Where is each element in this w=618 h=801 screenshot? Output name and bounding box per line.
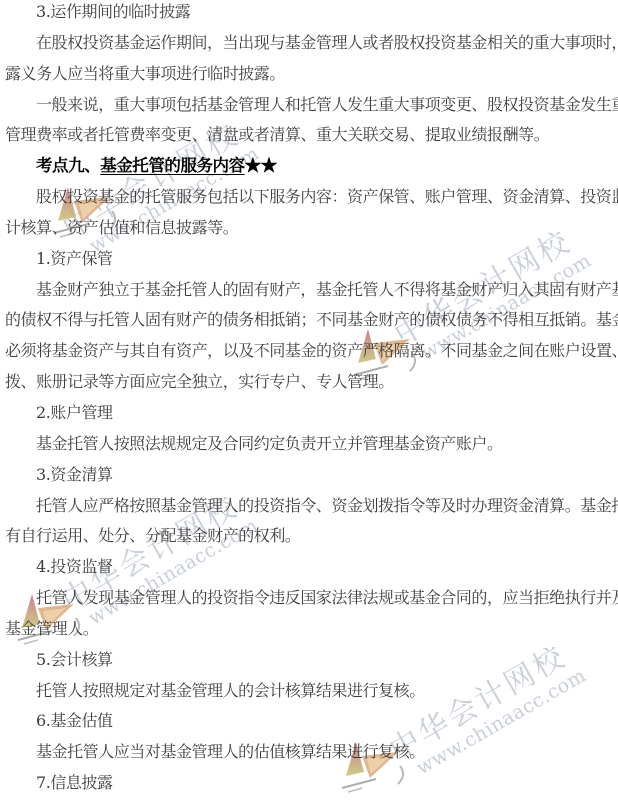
- text-line: 托管人应严格按照基金管理人的投资指令、资金划拨指令等及时办理资金清算。基金托管人…: [5, 491, 615, 522]
- importance-stars-icon: ★★: [245, 156, 277, 175]
- text-line: 必须将基金资产与其自有资产，以及不同基金的资产严格隔离。不同基金之间在账户设置、…: [5, 336, 615, 367]
- list-item-title: 7.信息披露: [5, 768, 615, 799]
- text-line: 露义务人应当将重大事项进行临时披露。: [5, 59, 615, 90]
- text-line: 在股权投资基金运作期间，当出现与基金管理人或者股权投资基金相关的重大事项时，信息…: [5, 28, 615, 59]
- list-item-title: 3.资金清算: [5, 460, 615, 491]
- heading-underlined-text: 基金托管的服务内容: [100, 156, 244, 175]
- document-body: 3.运作期间的临时披露 在股权投资基金运作期间，当出现与基金管理人或者股权投资基…: [5, 0, 615, 799]
- text-line: 管理费率或者托管费率变更、清盘或者清算、重大关联交易、提取业绩报酬等。: [5, 120, 615, 151]
- text-line: 基金管理人。: [5, 614, 615, 645]
- text-line: 计核算、资产估值和信息披露等。: [5, 213, 615, 244]
- document-page: 中华会计网校 www.chinaacc.com 中华会计网校 www.china…: [0, 0, 618, 801]
- text-line: 基金托管人按照法规规定及合同约定负责开立并管理基金资产账户。: [5, 429, 615, 460]
- text-line: 有自行运用、处分、分配基金财产的权利。: [5, 521, 615, 552]
- list-item-title: 2.账户管理: [5, 398, 615, 429]
- text-line: 托管人发现基金管理人的投资指令违反国家法律法规或基金合同的，应当拒绝执行并及时通…: [5, 583, 615, 614]
- text-line: 股权投资基金的托管服务包括以下服务内容：资产保管、账户管理、资金清算、投资监督、…: [5, 182, 615, 213]
- text-line: 的债权不得与托管人固有财产的债务相抵销；不同基金财产的债权债务不得相互抵销。基金…: [5, 305, 615, 336]
- section-heading: 考点九、基金托管的服务内容★★: [5, 151, 615, 182]
- text-line: 一般来说，重大事项包括基金管理人和托管人发生重大事项变更、股权投资基金发生重大损…: [5, 90, 615, 121]
- list-item-title: 6.基金估值: [5, 706, 615, 737]
- text-line: 基金财产独立于基金托管人的固有财产，基金托管人不得将基金财产归入其固有财产基金财…: [5, 275, 615, 306]
- heading-prefix: 考点九、: [36, 156, 100, 175]
- list-item-title: 5.会计核算: [5, 645, 615, 676]
- text-line: 拨、账册记录等方面应完全独立，实行专户、专人管理。: [5, 367, 615, 398]
- text-line: 托管人按照规定对基金管理人的会计核算结果进行复核。: [5, 676, 615, 707]
- list-item-title: 1.资产保管: [5, 244, 615, 275]
- list-item-title: 4.投资监督: [5, 552, 615, 583]
- text-line: 基金托管人应当对基金管理人的估值核算结果进行复核。: [5, 737, 615, 768]
- list-item-title: 3.运作期间的临时披露: [5, 0, 615, 28]
